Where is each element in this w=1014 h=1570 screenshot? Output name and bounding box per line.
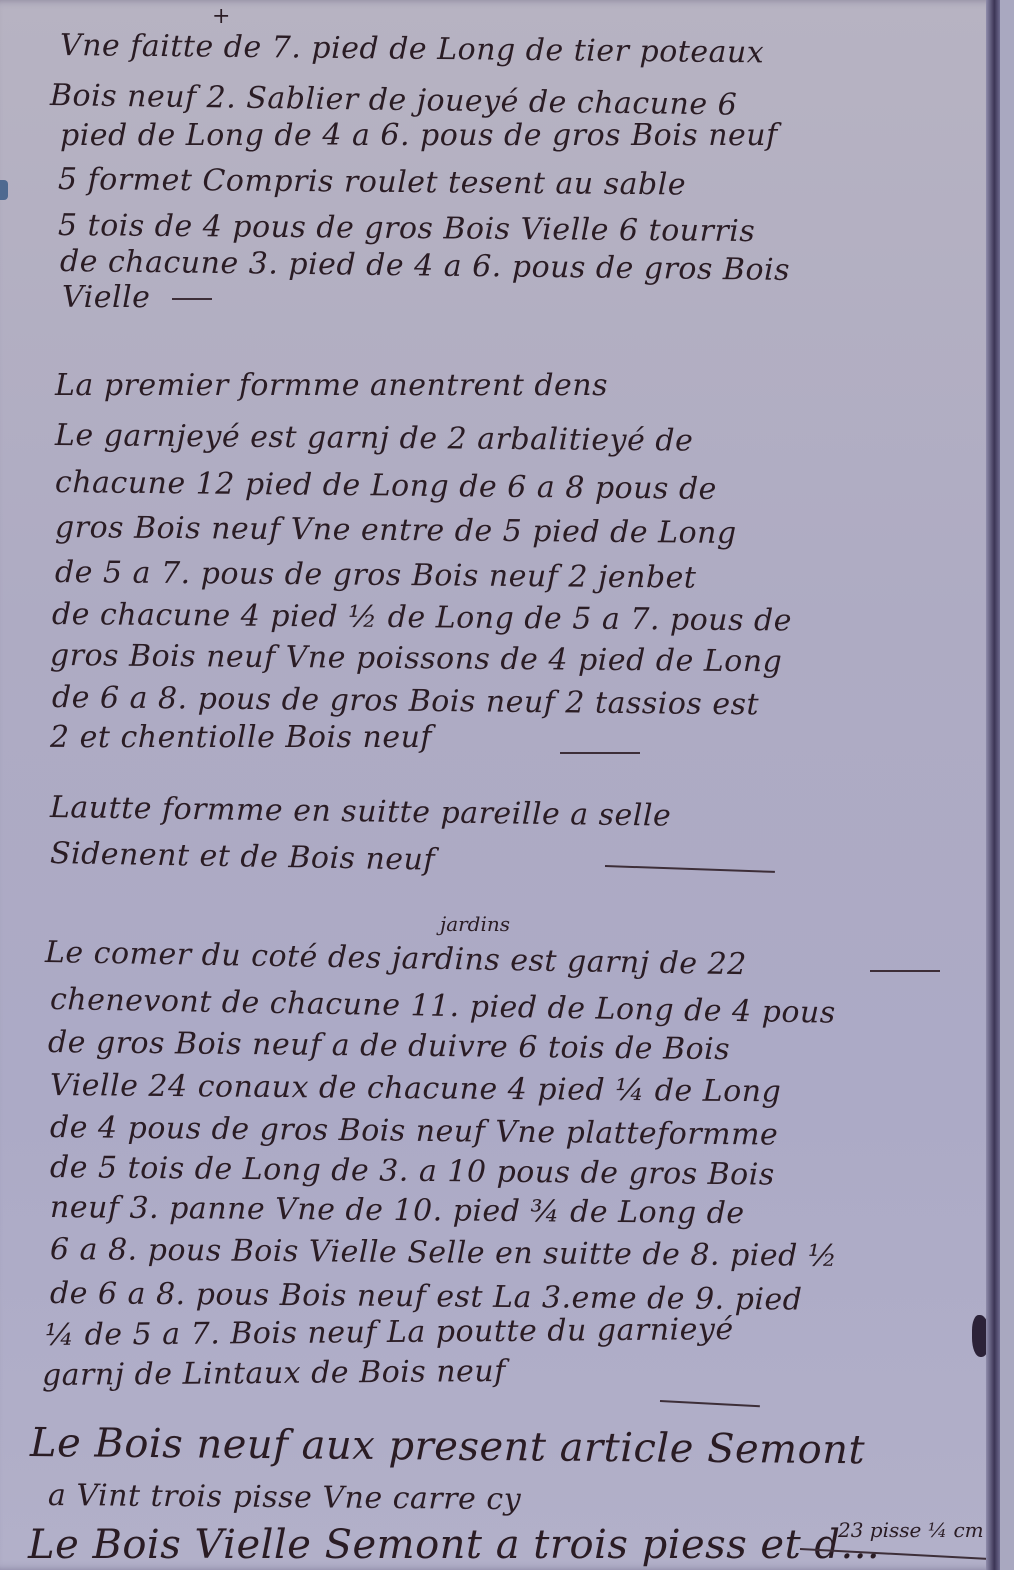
text-line: chenevont de chacune 11. pied de Long de… xyxy=(50,982,836,1031)
text-line: ¼ de 5 a 7. Bois neuf La poutte du garni… xyxy=(45,1312,734,1353)
text-line: Lautte formme en suitte pareille a selle xyxy=(50,790,672,834)
text-line: 5 formet Compris roulet tesent au sable xyxy=(58,162,686,202)
text-line: Bois neuf 2. Sablier de joueyé de chacun… xyxy=(50,78,738,123)
text-line: gros Bois neuf Vne poissons de 4 pied de… xyxy=(50,638,783,679)
text-line: garnj de Lintaux de Bois neuf xyxy=(42,1354,506,1393)
text-line: Vielle xyxy=(62,280,150,315)
text-line: de 5 a 7. pous de gros Bois neuf 2 jenbe… xyxy=(55,555,697,596)
text-line: Vielle 24 conaux de chacune 4 pied ¼ de … xyxy=(50,1068,782,1109)
line-filler xyxy=(172,298,212,300)
text-line: de chacune 3. pied de 4 a 6. pous de gro… xyxy=(60,244,790,288)
text-line: a Vint trois pisse Vne carre cy xyxy=(48,1478,521,1517)
text-line: Le Bois neuf aux present article Semont xyxy=(30,1420,865,1473)
line-filler xyxy=(560,752,640,754)
line-filler xyxy=(660,1400,760,1407)
text-line: Le comer du coté des jardins est garnj d… xyxy=(45,935,747,982)
text-line: de 5 tois de Long de 3. a 10 pous de gro… xyxy=(50,1150,775,1193)
text-line: gros Bois neuf Vne entre de 5 pied de Lo… xyxy=(55,510,737,551)
text-line: 2 et chentiolle Bois neuf xyxy=(50,720,432,755)
text-line: chacune 12 pied de Long de 6 a 8 pous de xyxy=(55,465,717,507)
text-line: de chacune 4 pied ½ de Long de 5 a 7. po… xyxy=(52,597,792,638)
text-line: La premier formme anentrent dens xyxy=(55,368,608,403)
margin-total: 23 pisse ¼ cm xyxy=(838,1518,984,1542)
text-line: Le Bois Vielle Semont a trois piess et d… xyxy=(28,1522,880,1568)
text-line: de 6 a 8. pous Bois neuf est La 3.eme de… xyxy=(50,1276,803,1318)
insertion-mark: + xyxy=(212,4,230,29)
text-line: pied de Long de 4 a 6. pous de gros Bois… xyxy=(60,118,778,153)
text-line: de 6 a 8. pous de gros Bois neuf 2 tassi… xyxy=(52,680,759,722)
text-line: 6 a 8. pous Bois Vielle Selle en suitte … xyxy=(50,1232,838,1274)
text-line: neuf 3. panne Vne de 10. pied ¾ de Long … xyxy=(50,1190,745,1231)
text-line: Le garnjeyé est garnj de 2 arbalitieyé d… xyxy=(55,418,694,459)
manuscript-page: + Vne faitte de 7. pied de Long de tier … xyxy=(0,0,1000,1570)
interlinear-insert: jardins xyxy=(440,912,510,936)
page-edge xyxy=(986,0,1000,1570)
text-line: Sidenent et de Bois neuf xyxy=(50,836,436,878)
text-line: Vne faitte de 7. pied de Long de tier po… xyxy=(60,28,765,70)
line-filler xyxy=(605,865,775,873)
binding-tab xyxy=(0,180,8,200)
text-line: de 4 pous de gros Bois neuf Vne plattefo… xyxy=(50,1110,779,1153)
line-filler xyxy=(870,970,940,972)
text-line: 5 tois de 4 pous de gros Bois Vielle 6 t… xyxy=(58,208,756,249)
text-line: de gros Bois neuf a de duivre 6 tois de … xyxy=(48,1025,731,1067)
